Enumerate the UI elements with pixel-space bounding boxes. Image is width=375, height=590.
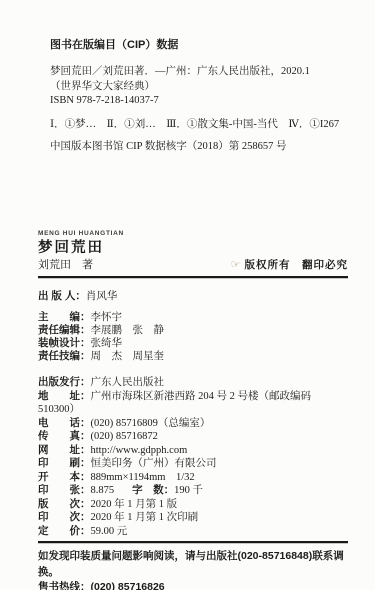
cip-header: 图书在版编目（CIP）数据 — [50, 38, 348, 52]
editorial-section: 主 编：李怀宇 责任编辑：李展鹏 张 静 装帧设计：张绮华 责任技编：周 杰 周… — [38, 311, 348, 364]
publication-label: 定 价： — [38, 525, 91, 537]
cip-line-isbn: ISBN 978-7-218-14037-7 — [50, 94, 348, 109]
editorial-row: 责任技编：周 杰 周星奎 — [38, 350, 348, 363]
editorial-row: 主 编：李怀宇 — [38, 311, 348, 324]
publication-label: 传 真： — [38, 430, 91, 442]
editorial-value: 李展鹏 张 静 — [91, 325, 165, 336]
publication-section: 出版发行：广东人民出版社 地 址：广州市海珠区新港西路 204 号 2 号楼（邮… — [38, 376, 348, 538]
publication-row: 传 真：(020) 85716872 — [38, 430, 348, 444]
publication-row: 印 刷：恒美印务（广州）有限公司 — [38, 457, 348, 471]
title-pinyin: MENG HUI HUANGTIAN — [38, 230, 348, 238]
publication-row: 开 本：889mm×1194mm 1/32 — [38, 471, 348, 485]
editorial-label: 装帧设计： — [38, 337, 91, 349]
publication-value: 8.875 — [91, 485, 115, 496]
cip-line-series: （世界华文大家经典） — [50, 80, 348, 95]
author-name: 刘荒田 著 — [38, 259, 93, 272]
word-count-label: 字 数： — [132, 484, 174, 496]
copyright-page: 图书在版编目（CIP）数据 梦回荒田／刘荒田著．—广州：广东人民出版社，2020… — [0, 0, 375, 590]
cip-section: 图书在版编目（CIP）数据 梦回荒田／刘荒田著．—广州：广东人民出版社，2020… — [50, 38, 348, 154]
editorial-label: 责任技编： — [38, 350, 91, 362]
editorial-label: 责任编辑： — [38, 324, 91, 336]
publication-row: 版 次：2020 年 1 月第 1 版 — [38, 498, 348, 512]
publisher-person-value: 肖风华 — [86, 291, 118, 302]
publication-value: 59.00 元 — [91, 526, 128, 537]
publication-row: 地 址：广州市海珠区新港西路 204 号 2 号楼（邮政编码 510300） — [38, 390, 348, 417]
publication-value: 2020 年 1 月第 1 次印刷 — [91, 512, 199, 523]
publication-value: 889mm×1194mm 1/32 — [91, 472, 195, 483]
publication-label: 出版发行： — [38, 376, 91, 388]
cip-block: 梦回荒田／刘荒田著．—广州：广东人民出版社，2020.1 （世界华文大家经典） … — [50, 65, 348, 109]
publication-value: 2020 年 1 月第 1 版 — [91, 499, 178, 510]
editorial-label: 主 编： — [38, 311, 91, 323]
publication-row: 电 话：(020) 85716809（总编室） — [38, 417, 348, 431]
divider-rule-top — [38, 276, 348, 279]
publication-label: 开 本： — [38, 471, 91, 483]
publication-value: (020) 85716809（总编室） — [91, 418, 211, 429]
cip-classification: Ⅰ．①梦… Ⅱ．①刘… Ⅲ．①散文集-中国-当代 Ⅳ．①I267 — [50, 118, 348, 132]
website-url: http://www.gdpph.com — [91, 445, 188, 456]
editorial-row: 责任编辑：李展鹏 张 静 — [38, 324, 348, 337]
divider-rule-bottom — [38, 541, 348, 544]
quality-notice: 如发现印装质量问题影响阅读，请与出版社(020-85716848)联系调换。 — [38, 549, 348, 580]
publisher-person-row: 出 版 人：肖风华 — [38, 290, 348, 303]
publication-label: 地 址： — [38, 390, 91, 402]
title-block: MENG HUI HUANGTIAN 梦回荒田 刘荒田 著 ☞ 版权所有 翻印必… — [38, 230, 348, 279]
editorial-value: 周 杰 周星奎 — [91, 351, 165, 362]
author-row: 刘荒田 著 ☞ 版权所有 翻印必究 — [38, 259, 348, 272]
publication-value: 恒美印务（广州）有限公司 — [91, 458, 217, 469]
publication-row: 印 次：2020 年 1 月第 1 次印刷 — [38, 511, 348, 525]
book-title: 梦回荒田 — [38, 240, 348, 257]
editorial-value: 李怀宇 — [91, 312, 123, 323]
copyright-notice: ☞ 版权所有 翻印必究 — [231, 259, 348, 272]
publication-label: 网 址： — [38, 444, 91, 456]
publication-label: 版 次： — [38, 498, 91, 510]
publication-row: 出版发行：广东人民出版社 — [38, 376, 348, 390]
publication-label: 印 刷： — [38, 457, 91, 469]
footer-section: 如发现印装质量问题影响阅读，请与出版社(020-85716848)联系调换。 售… — [38, 549, 348, 590]
editorial-row: 装帧设计：张绮华 — [38, 337, 348, 350]
editorial-value: 张绮华 — [91, 338, 123, 349]
publication-value: (020) 85716872 — [91, 431, 158, 442]
sales-hotline: 售书热线：(020) 85716826 — [38, 580, 348, 590]
publication-value: 广东人民出版社 — [91, 377, 165, 388]
cip-record: 中国版本图书馆 CIP 数据核字（2018）第 258657 号 — [50, 140, 348, 154]
copyright-hand-icon: ☞ — [231, 260, 241, 271]
cip-line-title: 梦回荒田／刘荒田著．—广州：广东人民出版社，2020.1 — [50, 65, 348, 80]
publisher-person-label: 出 版 人： — [38, 290, 86, 302]
publication-row: 定 价：59.00 元 — [38, 525, 348, 539]
word-count-value: 190 千 — [174, 485, 203, 496]
publication-label: 印 次： — [38, 511, 91, 523]
publication-label: 印 张： — [38, 484, 91, 496]
publication-row-website: 网 址：http://www.gdpph.com — [38, 444, 348, 458]
publication-label: 电 话： — [38, 417, 91, 429]
copyright-notice-label: 版权所有 翻印必究 — [245, 259, 349, 272]
publication-row-sheets-words: 印 张：8.875字 数：190 千 — [38, 484, 348, 498]
